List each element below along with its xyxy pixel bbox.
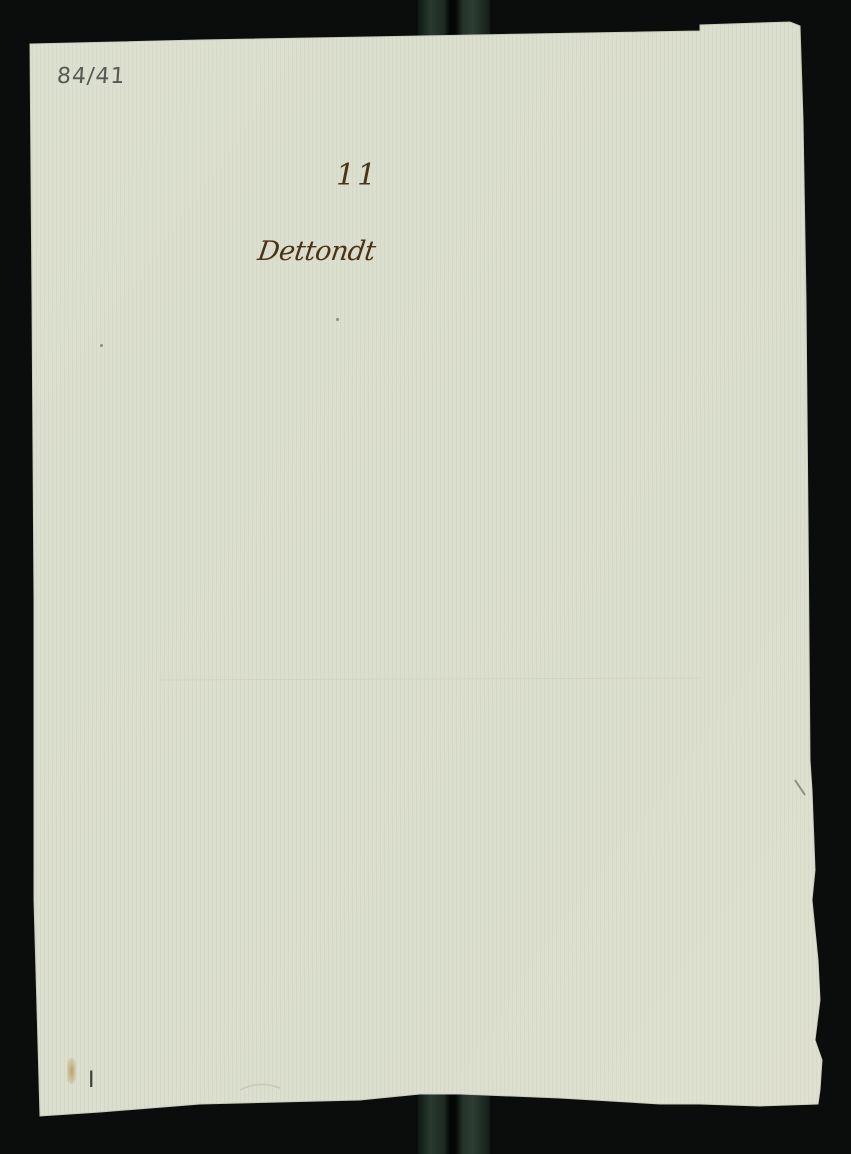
ink-speck [100,344,103,347]
paper-shape [0,0,851,1154]
catalog-number: 84/41 [56,64,126,89]
paper-sheet: 84/41 11 Dettondt I [0,0,851,1154]
ink-speck [336,318,339,321]
volume-mark: I [88,1068,95,1093]
handwritten-name: Dettondt [256,236,377,267]
folio-number: 11 [336,158,378,193]
stain [67,1058,76,1084]
